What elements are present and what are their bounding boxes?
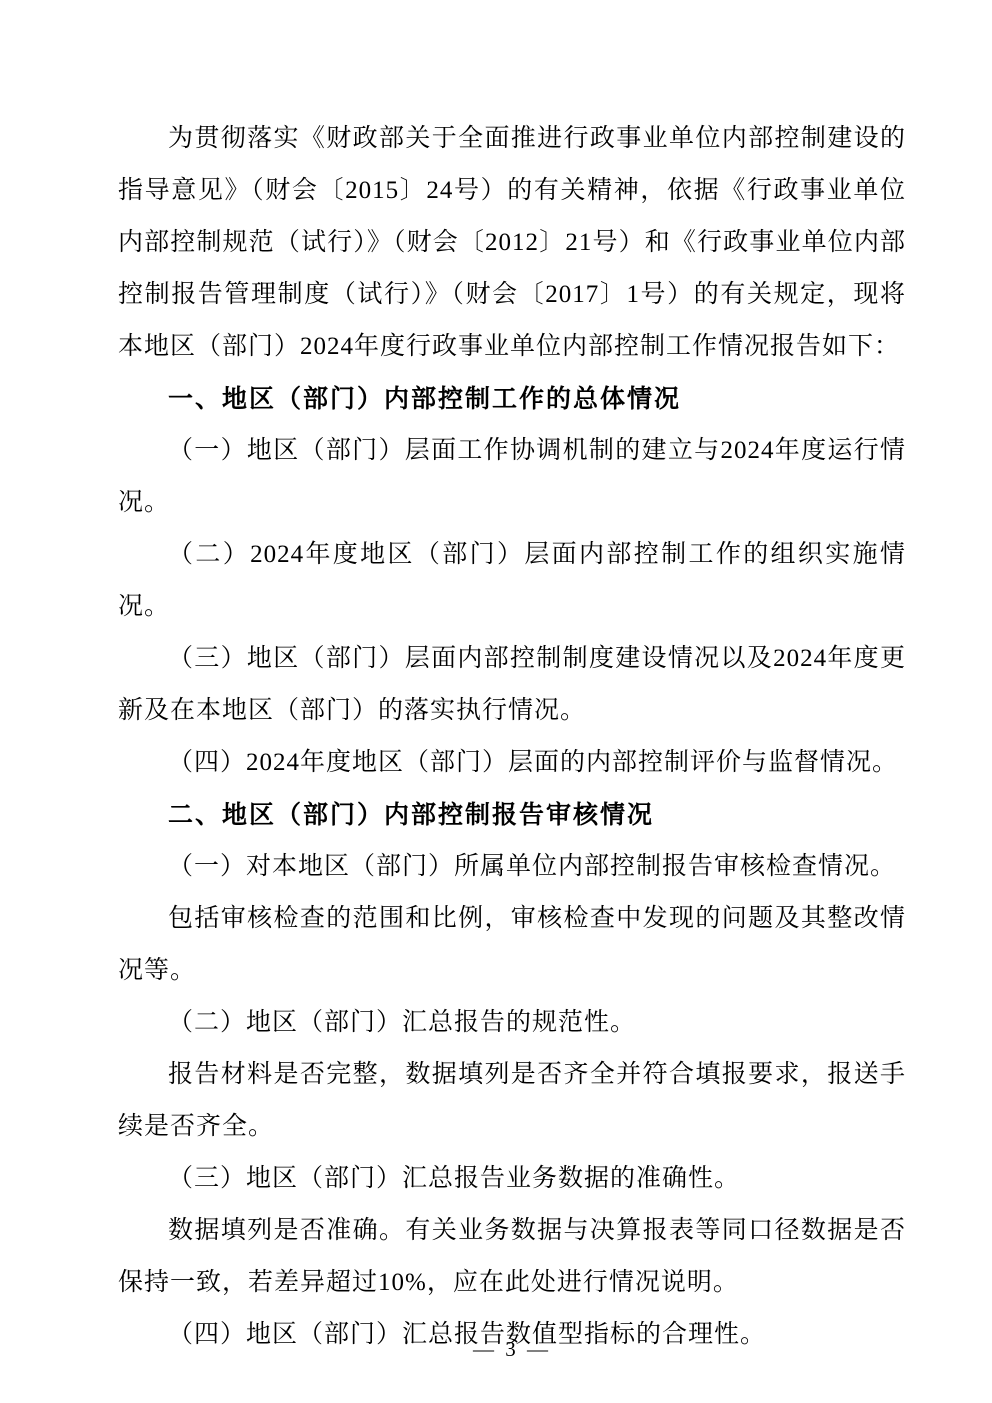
paragraph-item-2-3-note: 数据填列是否准确。有关业务数据与决算报表等同口径数据是否保持一致，若差异超过10… [118,1205,906,1309]
paragraph-item-2-2-note: 报告材料是否完整，数据填列是否齐全并符合填报要求，报送手续是否齐全。 [118,1049,906,1153]
page-number: — 3 — [118,1336,906,1362]
paragraph-item-2-1: （一）对本地区（部门）所属单位内部控制报告审核检查情况。 [118,841,906,893]
paragraph-item-1-3: （三）地区（部门）层面内部控制制度建设情况以及2024年度更新及在本地区（部门）… [118,633,906,737]
paragraph-item-2-2: （二）地区（部门）汇总报告的规范性。 [118,997,906,1049]
paragraph-item-2-3: （三）地区（部门）汇总报告业务数据的准确性。 [118,1153,906,1205]
paragraph-intro: 为贯彻落实《财政部关于全面推进行政事业单位内部控制建设的指导意见》（财会〔201… [118,113,906,373]
paragraph-item-1-1: （一）地区（部门）层面工作协调机制的建立与2024年度运行情况。 [118,425,906,529]
document-page: 为贯彻落实《财政部关于全面推进行政事业单位内部控制建设的指导意见》（财会〔201… [0,0,992,1403]
paragraph-item-1-4: （四）2024年度地区（部门）层面的内部控制评价与监督情况。 [118,737,906,789]
paragraph-item-1-2: （二）2024年度地区（部门）层面内部控制工作的组织实施情况。 [118,529,906,633]
section-heading-2: 二、地区（部门）内部控制报告审核情况 [118,789,906,841]
section-heading-1: 一、地区（部门）内部控制工作的总体情况 [118,373,906,425]
document-body: 为贯彻落实《财政部关于全面推进行政事业单位内部控制建设的指导意见》（财会〔201… [118,113,906,1361]
paragraph-item-2-1-note: 包括审核检查的范围和比例，审核检查中发现的问题及其整改情况等。 [118,893,906,997]
